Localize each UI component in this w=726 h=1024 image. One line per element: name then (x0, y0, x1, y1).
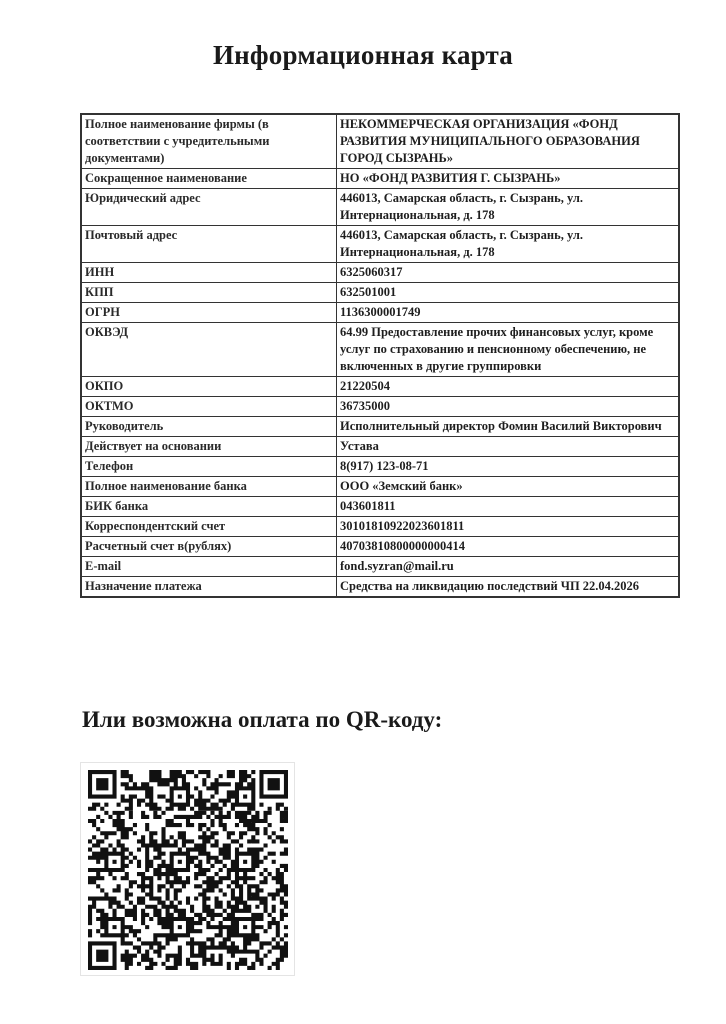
row-value: 36735000 (337, 397, 680, 417)
row-value: 1136300001749 (337, 303, 680, 323)
row-label: ОГРН (81, 303, 337, 323)
table-row: E-mailfond.syzran@mail.ru (81, 557, 679, 577)
row-label: Расчетный счет в(рублях) (81, 537, 337, 557)
table-row: Расчетный счет в(рублях)4070381080000000… (81, 537, 679, 557)
row-value: 8(917) 123-08-71 (337, 457, 680, 477)
row-label: E-mail (81, 557, 337, 577)
table-row: Корреспондентский счет301018109220236018… (81, 517, 679, 537)
row-label: ОКТМО (81, 397, 337, 417)
table-row: Телефон8(917) 123-08-71 (81, 457, 679, 477)
row-value: 446013, Самарская область, г. Сызрань, у… (337, 189, 680, 226)
row-label: Сокращенное наименование (81, 169, 337, 189)
table-row: Назначение платежаСредства на ликвидацию… (81, 577, 679, 598)
table-row: ОКВЭД64.99 Предоставление прочих финансо… (81, 323, 679, 377)
table-row: ОКПО21220504 (81, 377, 679, 397)
table-row: Почтовый адрес446013, Самарская область,… (81, 226, 679, 263)
page-title: Информационная карта (0, 40, 726, 71)
row-value: 446013, Самарская область, г. Сызрань, у… (337, 226, 680, 263)
row-label: ОКВЭД (81, 323, 337, 377)
table-row: РуководительИсполнительный директор Фоми… (81, 417, 679, 437)
row-value: 40703810800000000414 (337, 537, 680, 557)
row-label: Руководитель (81, 417, 337, 437)
row-value: НО «ФОНД РАЗВИТИЯ Г. СЫЗРАНЬ» (337, 169, 680, 189)
row-value: 30101810922023601811 (337, 517, 680, 537)
row-value: Средства на ликвидацию последствий ЧП 22… (337, 577, 680, 598)
table-row: Полное наименование банкаООО «Земский ба… (81, 477, 679, 497)
row-value: НЕКОММЕРЧЕСКАЯ ОРГАНИЗАЦИЯ «ФОНД РАЗВИТИ… (337, 114, 680, 169)
row-label: Юридический адрес (81, 189, 337, 226)
row-label: ИНН (81, 263, 337, 283)
qr-heading: Или возможна оплата по QR-коду: (82, 707, 442, 733)
table-row: ОГРН1136300001749 (81, 303, 679, 323)
row-value: Устава (337, 437, 680, 457)
qr-code-icon (88, 770, 288, 970)
row-label: ОКПО (81, 377, 337, 397)
row-value: 6325060317 (337, 263, 680, 283)
row-label: Почтовый адрес (81, 226, 337, 263)
row-value: fond.syzran@mail.ru (337, 557, 680, 577)
table-row: Полное наименование фирмы (в соответстви… (81, 114, 679, 169)
row-label: Корреспондентский счет (81, 517, 337, 537)
table-row: Юридический адрес446013, Самарская облас… (81, 189, 679, 226)
info-card-table: Полное наименование фирмы (в соответстви… (80, 113, 680, 598)
row-label: Действует на основании (81, 437, 337, 457)
table-row: Действует на основанииУстава (81, 437, 679, 457)
row-label: Полное наименование банка (81, 477, 337, 497)
row-value: 632501001 (337, 283, 680, 303)
row-label: КПП (81, 283, 337, 303)
qr-code[interactable] (80, 762, 295, 976)
row-label: БИК банка (81, 497, 337, 517)
table-row: ИНН6325060317 (81, 263, 679, 283)
info-card-body: Полное наименование фирмы (в соответстви… (81, 114, 679, 597)
row-value: Исполнительный директор Фомин Василий Ви… (337, 417, 680, 437)
table-row: КПП632501001 (81, 283, 679, 303)
row-label: Полное наименование фирмы (в соответстви… (81, 114, 337, 169)
row-value: 21220504 (337, 377, 680, 397)
table-row: Сокращенное наименованиеНО «ФОНД РАЗВИТИ… (81, 169, 679, 189)
row-value: 043601811 (337, 497, 680, 517)
row-label: Телефон (81, 457, 337, 477)
table-row: ОКТМО36735000 (81, 397, 679, 417)
row-value: 64.99 Предоставление прочих финансовых у… (337, 323, 680, 377)
row-label: Назначение платежа (81, 577, 337, 598)
table-row: БИК банка043601811 (81, 497, 679, 517)
row-value: ООО «Земский банк» (337, 477, 680, 497)
